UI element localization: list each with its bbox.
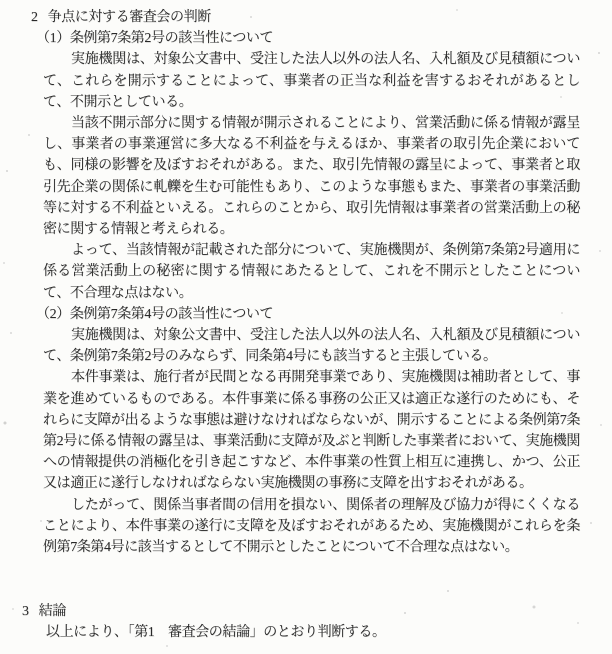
section-number: 2	[31, 10, 38, 25]
section-number: 3	[22, 604, 29, 619]
paragraph: したがって、関係当事者間の信用を損ない、関係者の理解及び協力が得にくくなることに…	[43, 495, 580, 559]
paragraph: 本件事業は、施行者が民間となる再開発事業であり、実施機関は補助者として、事業を進…	[43, 367, 580, 494]
subsection-label: （2）	[36, 307, 70, 322]
section-heading: 3結論	[22, 601, 612, 622]
scan-noise	[0, 0, 2, 2]
paragraph: よって、当該情報が記載された部分について、実施機関が、条例第7条第2号適用に係る…	[43, 240, 580, 304]
subsection-label: （1）	[36, 31, 70, 46]
paragraph: 以上により、「第1 審査会の結論」のとおり判断する。	[46, 622, 580, 643]
subsection-article7-item2: （1）条例第7条第2号の該当性について 実施機関は、対象公文書中、受注した法人以…	[0, 28, 612, 304]
section-conclusion: 3結論 以上により、「第1 審査会の結論」のとおり判断する。	[0, 601, 612, 643]
subsection-heading: （1）条例第7条第2号の該当性について	[36, 28, 612, 49]
subsection-title: 条例第7条第4号の該当性について	[70, 307, 273, 322]
section-title: 結論	[39, 604, 66, 619]
section-judgment: 2争点に対する審査会の判断 （1）条例第7条第2号の該当性について 実施機関は、…	[0, 7, 612, 558]
section-title: 争点に対する審査会の判断	[48, 10, 211, 25]
paragraph: 当該不開示部分に関する情報が開示されることにより、営業活動に係る情報が露呈し、事…	[43, 113, 580, 240]
subsection-article7-item4: （2）条例第7条第4号の該当性について 実施機関は、対象公文書中、受注した法人以…	[0, 304, 612, 558]
subsection-title: 条例第7条第2号の該当性について	[70, 31, 273, 46]
section-heading: 2争点に対する審査会の判断	[31, 7, 612, 28]
subsection-heading: （2）条例第7条第4号の該当性について	[36, 304, 612, 325]
document-page: 2争点に対する審査会の判断 （1）条例第7条第2号の該当性について 実施機関は、…	[0, 0, 612, 654]
paragraph: 実施機関は、対象公文書中、受注した法人以外の法人名、入札額及び見積額について、こ…	[43, 49, 580, 113]
paragraph: 実施機関は、対象公文書中、受注した法人以外の法人名、入札額及び見積額について、条…	[43, 325, 580, 367]
